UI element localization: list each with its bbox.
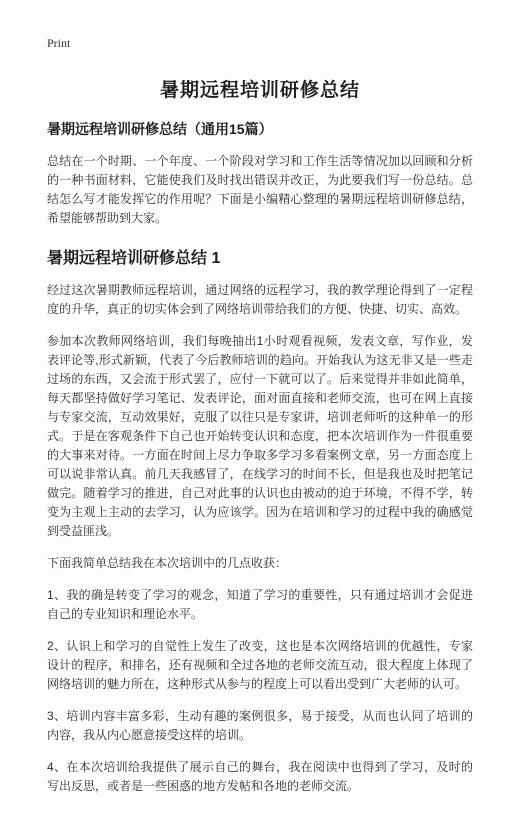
- list-item-paragraph: 2、认识上和学习的自觉性上发生了改变，这也是本次网络培训的优越性，专家设计的程序…: [47, 637, 473, 694]
- page-title: 暑期远程培训研修总结: [47, 75, 473, 102]
- paragraph: 下面我简单总结我在本次培训中的几点收获：: [47, 554, 473, 573]
- section-heading: 暑期远程培训研修总结 1: [47, 245, 473, 268]
- list-item-paragraph: 1、我的确是转变了学习的观念，知道了学习的重要性，只有通过培训才会促进自己的专业…: [47, 586, 473, 624]
- list-item-paragraph: 4、在本次培训给我提供了展示自己的舞台，我在阅读中也得到了学习，及时的写出反思，…: [47, 758, 473, 796]
- paragraph: 参加本次教师网络培训，我们每晚抽出1小时观看视频，发表文章，写作业，发表评论等,…: [47, 332, 473, 541]
- paragraph: 经过这次暑期教师远程培训，通过网络的远程学习，我的教学理论得到了一定程度的升华，…: [47, 281, 473, 319]
- print-button[interactable]: Print: [47, 36, 70, 51]
- list-item-paragraph: 3、培训内容丰富多彩，生动有趣的案例很多，易于接受，从而也认同了培训的内容，我从…: [47, 707, 473, 745]
- intro-paragraph: 总结在一个时期、一个年度、一个阶段对学习和工作生活等情况加以回顾和分析的一种书面…: [47, 152, 473, 228]
- document-subtitle: 暑期远程培训研修总结（通用15篇）: [47, 119, 473, 139]
- document-page: Print 暑期远程培训研修总结 暑期远程培训研修总结（通用15篇） 总结在一个…: [0, 0, 520, 836]
